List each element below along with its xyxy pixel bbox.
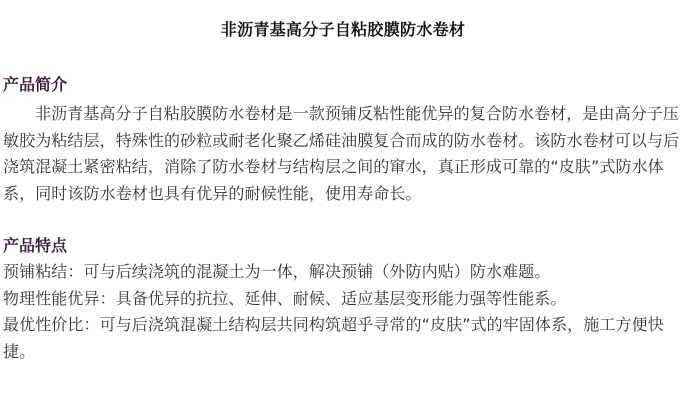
feature-item-pre-laid-bonding: 预铺粘结：可与后续浇筑的混凝土为一体，解决预铺（外防内贴）防水难题。 (3, 259, 683, 286)
section-heading-intro: 产品简介 (3, 74, 67, 96)
intro-paragraph: 非沥青基高分子自粘胶膜防水卷材是一款预铺反粘性能优异的复合防水卷材，是由高分子压… (3, 101, 683, 208)
features-list: 预铺粘结：可与后续浇筑的混凝土为一体，解决预铺（外防内贴）防水难题。 物理性能优… (3, 259, 683, 366)
feature-item-cost-performance: 最优性价比：可与后浇筑混凝土结构层共同构筑超乎寻常的“皮肤”式的牢固体系，施工方… (3, 312, 683, 365)
section-heading-features: 产品特点 (3, 235, 67, 257)
document-title: 非沥青基高分子自粘胶膜防水卷材 (0, 19, 686, 41)
feature-item-physical-performance: 物理性能优异：具备优异的抗拉、延伸、耐候、适应基层变形能力强等性能系。 (3, 286, 683, 313)
